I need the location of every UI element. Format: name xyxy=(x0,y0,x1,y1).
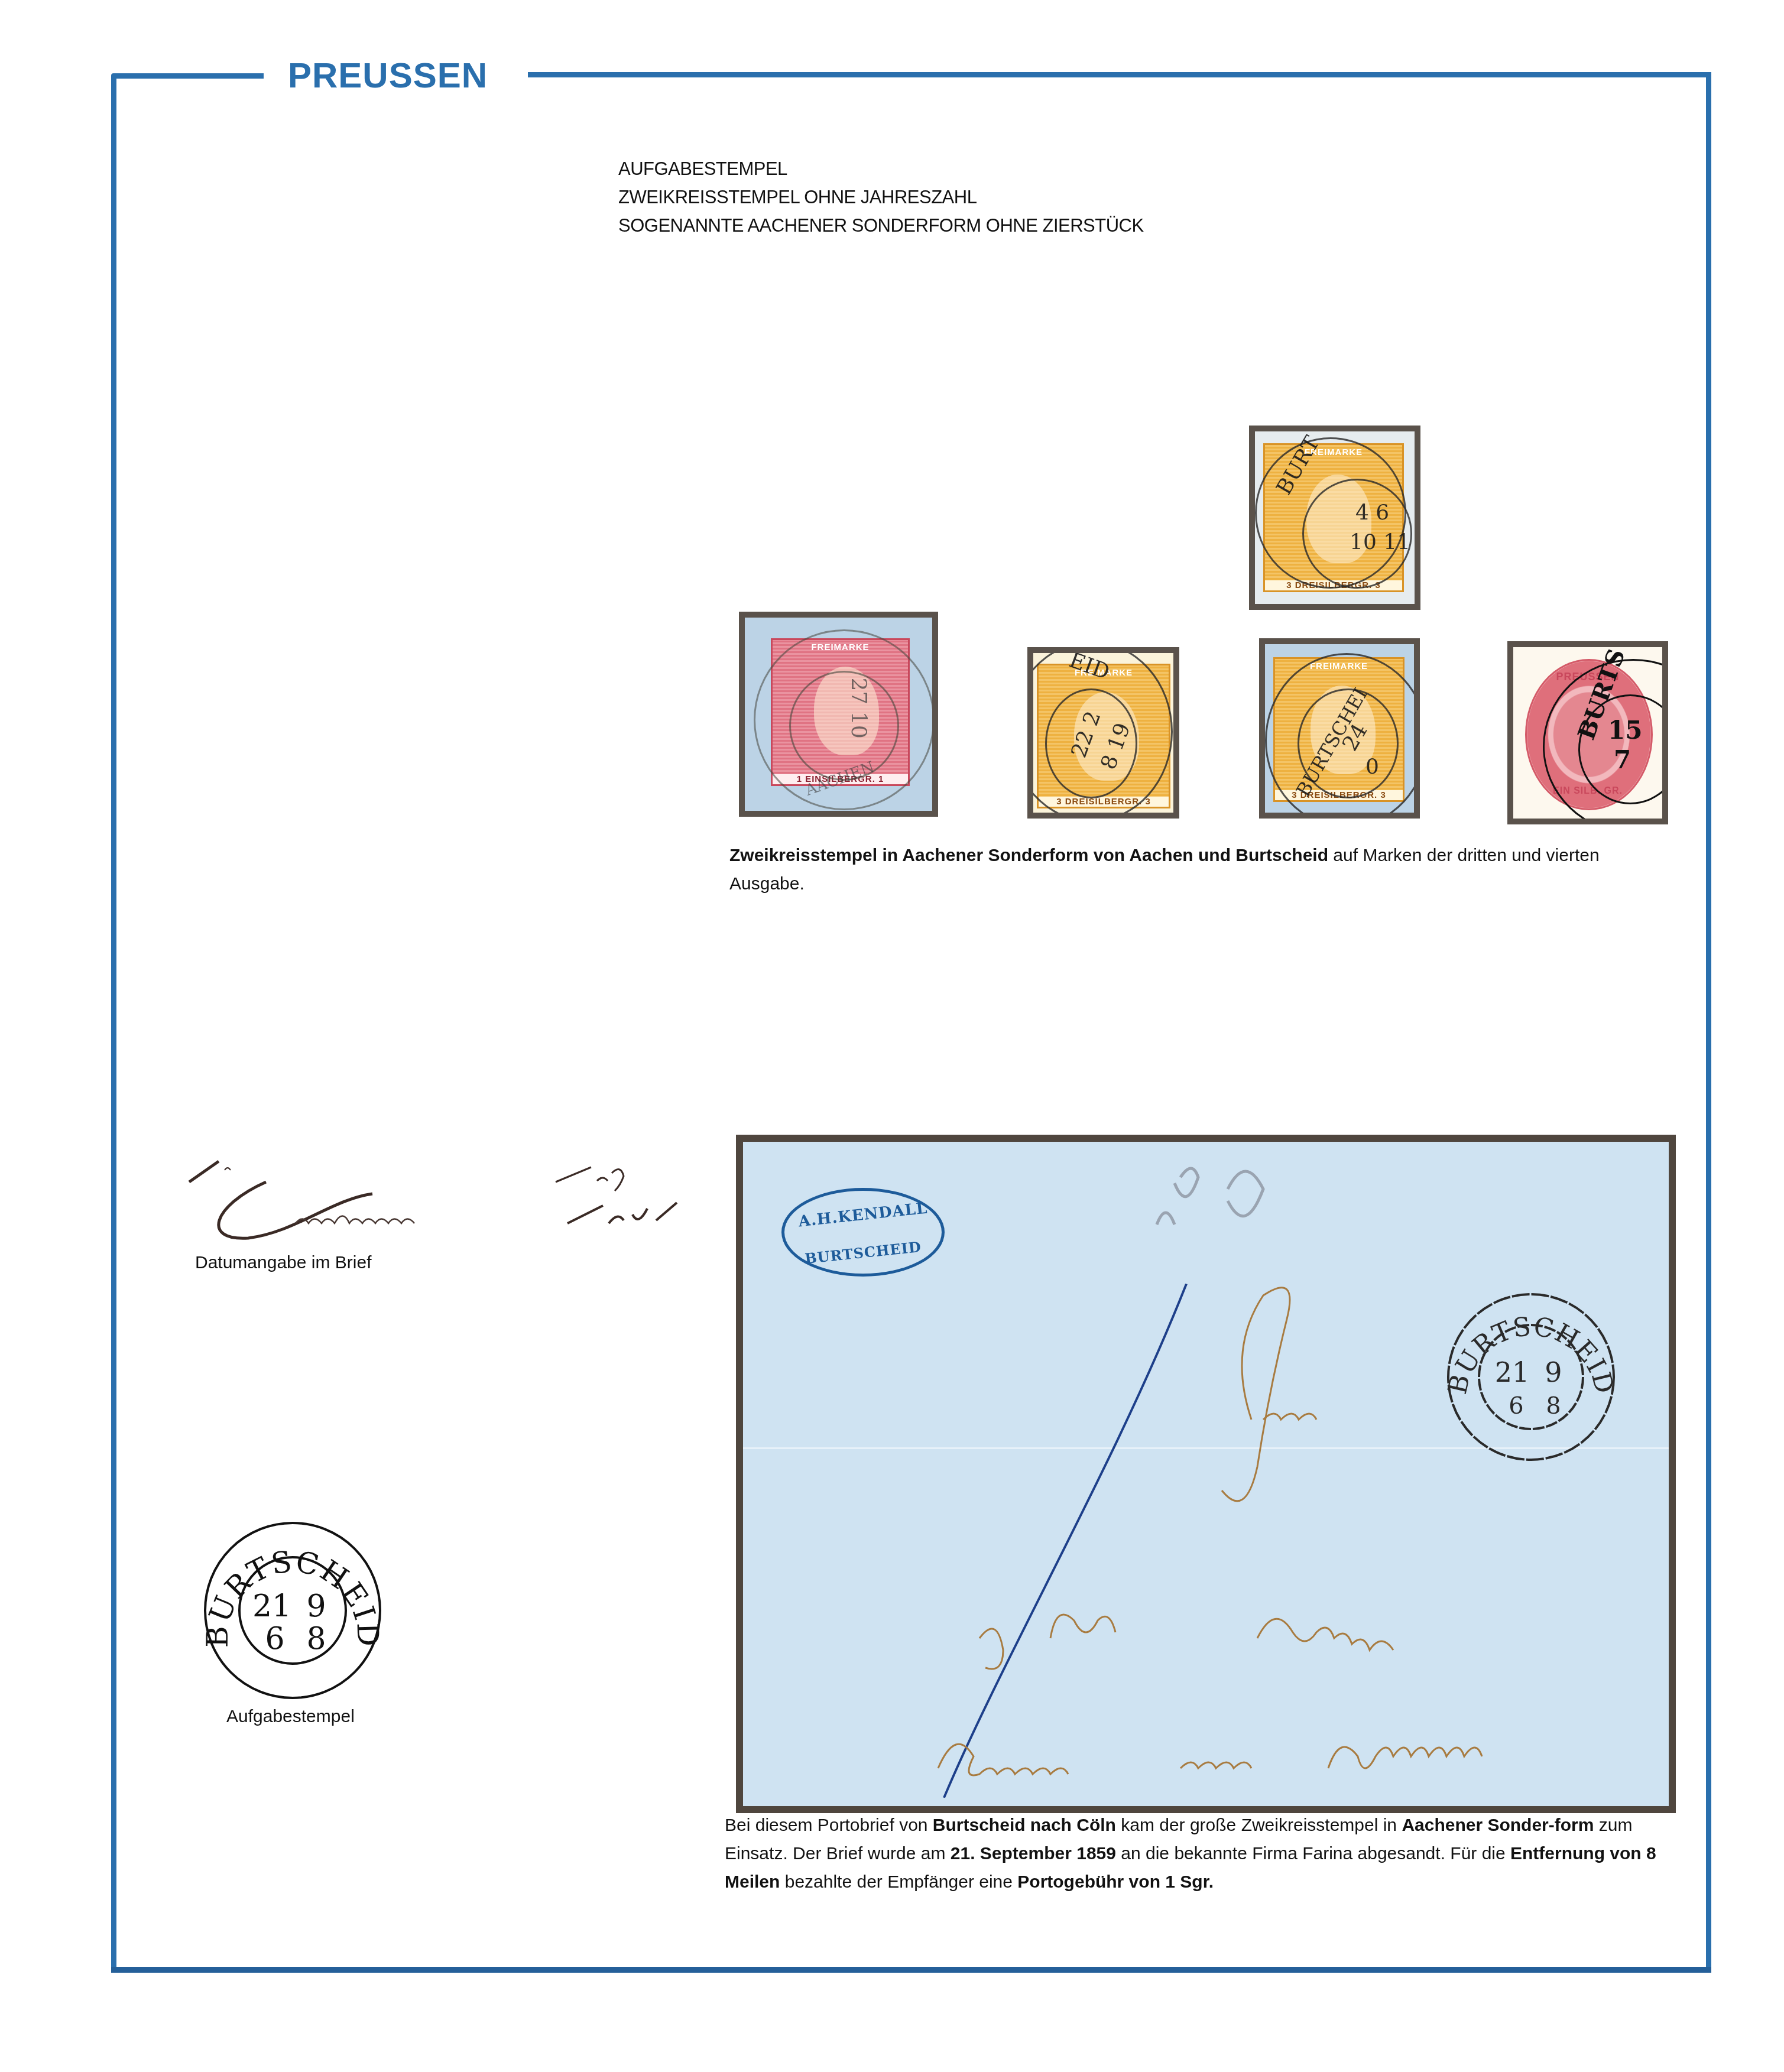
page-frame-top-left xyxy=(111,73,264,79)
cover-caption: Bei diesem Portobrief von Burtscheid nac… xyxy=(725,1811,1682,1896)
svg-text:BURTSCHEID: BURTSCHEID xyxy=(1442,1311,1620,1397)
page-frame-left xyxy=(111,76,116,1973)
header-block: AUFGABESTEMPEL ZWEIKREISSTEMPEL OHNE JAH… xyxy=(618,155,1144,240)
page-frame-bottom xyxy=(111,1967,1711,1973)
postmark-inner-ring xyxy=(789,671,899,781)
header-line: SOGENANNTE AACHENER SONDERFORM OHNE ZIER… xyxy=(618,212,1144,240)
caption-text: Bei diesem Portobrief von xyxy=(725,1816,933,1835)
stamp-yellow-1: FREIMARKE 3 DREISILBERGR. 3 EID 22 2 8 1… xyxy=(1027,647,1179,819)
caption-text: an die bekannte Firma Farina abgesandt. … xyxy=(1116,1844,1510,1863)
page-frame-right xyxy=(1706,73,1711,1970)
header-line: ZWEIKREISSTEMPEL OHNE JAHRESZAHL xyxy=(618,183,1144,212)
caption-emphasis: Aachener Sonder-form xyxy=(1402,1816,1594,1835)
svg-text:21: 21 xyxy=(1495,1356,1530,1388)
page-title: PREUSSEN xyxy=(288,58,488,93)
svg-text:21: 21 xyxy=(252,1589,291,1624)
svg-text:6: 6 xyxy=(1509,1392,1523,1420)
date-handwriting-image: 1ᵗᵉⁿ September 1859 xyxy=(177,1135,692,1241)
caption-text: kam der große Zweikreisstempel in xyxy=(1116,1816,1402,1835)
svg-text:8: 8 xyxy=(306,1621,326,1657)
stamp-pink: FREIMARKE 1 EINSILBERGR. 1 27 10 AACHEN xyxy=(739,612,938,817)
caption-emphasis: Burtscheid nach Cöln xyxy=(933,1816,1116,1835)
svg-text:6: 6 xyxy=(265,1621,284,1657)
aufgabestempel-illustration: BURTSCHEID 21 9 6 8 xyxy=(201,1519,384,1702)
stamp-yellow-2: FREIMARKE 3 DREISILBERGR. 3 BURTSCHEI 24… xyxy=(1259,638,1420,819)
sender-handstamp: A.H.KENDALL BURTSCHEID xyxy=(781,1188,945,1277)
svg-text:9: 9 xyxy=(1545,1356,1562,1388)
svg-text:BURTSCHEID: BURTSCHEID xyxy=(201,1544,384,1648)
caption-emphasis: Portogebühr von 1 Sgr. xyxy=(1017,1872,1214,1892)
caption-text: bezahlte der Empfänger eine xyxy=(780,1872,1017,1892)
stamp-red-oval: PREUSSEN EIN SILB. GR. BURTS 15 7 xyxy=(1507,641,1668,824)
header-line: AUFGABESTEMPEL xyxy=(618,155,1144,183)
stamp-top-yellow: FREIMARKE 3 DREISILBERGR. 3 BURT 4 6 10 … xyxy=(1249,426,1420,610)
svg-text:8: 8 xyxy=(1546,1392,1561,1420)
page-frame-top-right xyxy=(528,72,1711,77)
aufgabestempel-label: Aufgabestempel xyxy=(226,1707,355,1727)
svg-text:9: 9 xyxy=(306,1589,326,1624)
cover-postmark: BURTSCHEID 21 9 6 8 xyxy=(1442,1288,1620,1466)
stamps-caption: Zweikreisstempel in Aachener Sonderform … xyxy=(729,842,1652,898)
date-label: Datumangabe im Brief xyxy=(195,1253,371,1273)
caption-emphasis: 21. September 1859 xyxy=(951,1844,1116,1863)
